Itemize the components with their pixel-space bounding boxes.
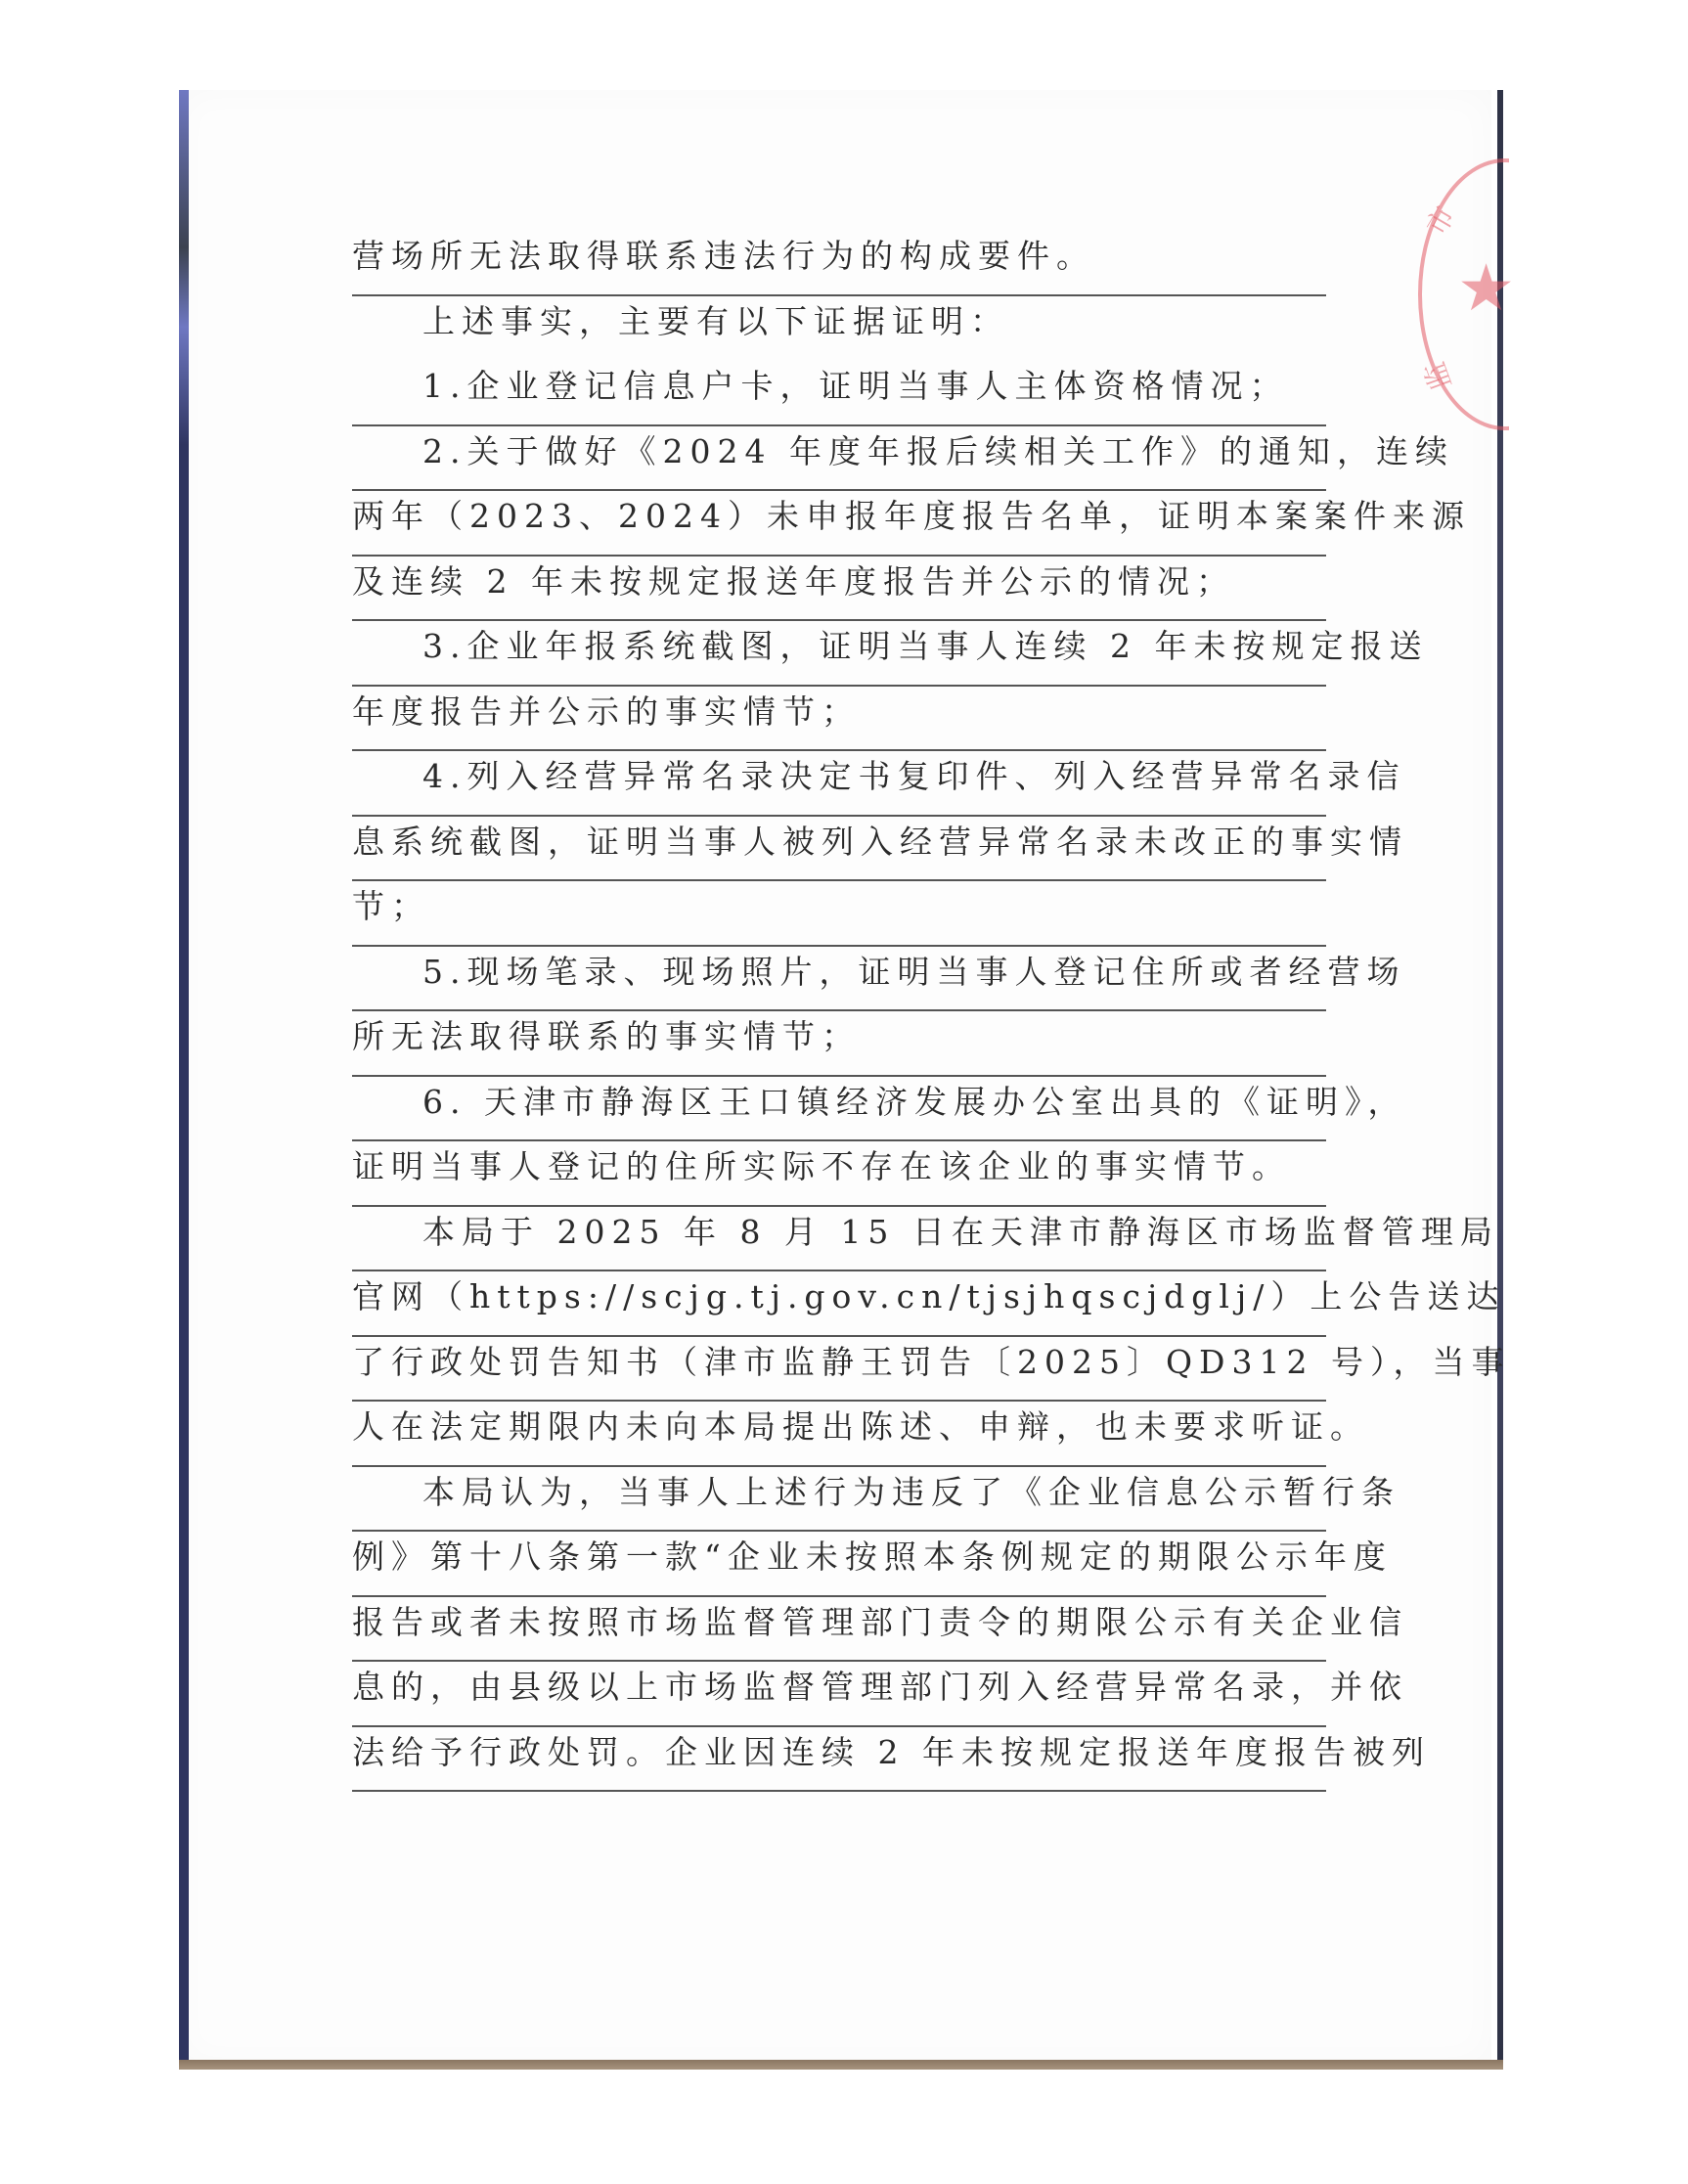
text-line: 例》第十八条第一款“企业未按照本条例规定的期限公示年度 [352, 1532, 1326, 1597]
text-line: 法给予行政处罚。企业因连续 2 年未按规定报送年度报告被列 [352, 1727, 1326, 1793]
text-line: 5.现场笔录、现场照片，证明当事人登记住所或者经营场 [352, 947, 1326, 1012]
page-left-edge [179, 90, 189, 2064]
text-line: 上述事实，主要有以下证据证明： [352, 296, 1326, 362]
text-line: 官网（https://scjg.tj.gov.cn/tjsjhqscjdglj/… [352, 1271, 1326, 1337]
text-line: 证明当事人登记的住所实际不存在该企业的事实情节。 [352, 1141, 1326, 1207]
text-line: 本局于 2025 年 8 月 15 日在天津市静海区市场监督管理局 [352, 1207, 1326, 1272]
text-line: 营场所无法取得联系违法行为的构成要件。 [352, 231, 1326, 296]
text-line: 人在法定期限内未向本局提出陈述、申辩，也未要求听证。 [352, 1402, 1326, 1467]
text-line: 4.列入经营异常名录决定书复印件、列入经营异常名录信 [352, 751, 1326, 817]
text-line: 及连续 2 年未按规定报送年度报告并公示的情况； [352, 557, 1326, 622]
text-line: 所无法取得联系的事实情节； [352, 1011, 1326, 1077]
text-line: 年度报告并公示的事实情节； [352, 687, 1326, 752]
text-line: 6. 天津市静海区王口镇经济发展办公室出具的《证明》， [352, 1077, 1326, 1142]
text-line: 3.企业年报系统截图，证明当事人连续 2 年未按规定报送 [352, 621, 1326, 687]
text-line: 息系统截图，证明当事人被列入经营异常名录未改正的事实情 [352, 817, 1326, 882]
text-line: 报告或者未按照市场监督管理部门责令的期限公示有关企业信 [352, 1597, 1326, 1663]
text-line: 1.企业登记信息户卡，证明当事人主体资格情况； [352, 361, 1326, 426]
text-line: 本局认为，当事人上述行为违反了《企业信息公示暂行条 [352, 1467, 1326, 1533]
text-line: 了行政处罚告知书（津市监静王罚告〔2025〕QD312 号），当事 [352, 1337, 1326, 1403]
document-body: 营场所无法取得联系违法行为的构成要件。上述事实，主要有以下证据证明：1.企业登记… [352, 231, 1326, 1792]
text-line: 两年（2023、2024）未申报年度报告名单，证明本案案件来源 [352, 491, 1326, 557]
text-line: 节； [352, 881, 1326, 947]
text-line: 2.关于做好《2024 年度年报后续相关工作》的通知，连续 [352, 426, 1326, 492]
page-bottom-edge [179, 2060, 1503, 2070]
text-line: 息的，由县级以上市场监督管理部门列入经营异常名录，并依 [352, 1662, 1326, 1727]
seal-star-icon: ★ [1457, 256, 1515, 321]
